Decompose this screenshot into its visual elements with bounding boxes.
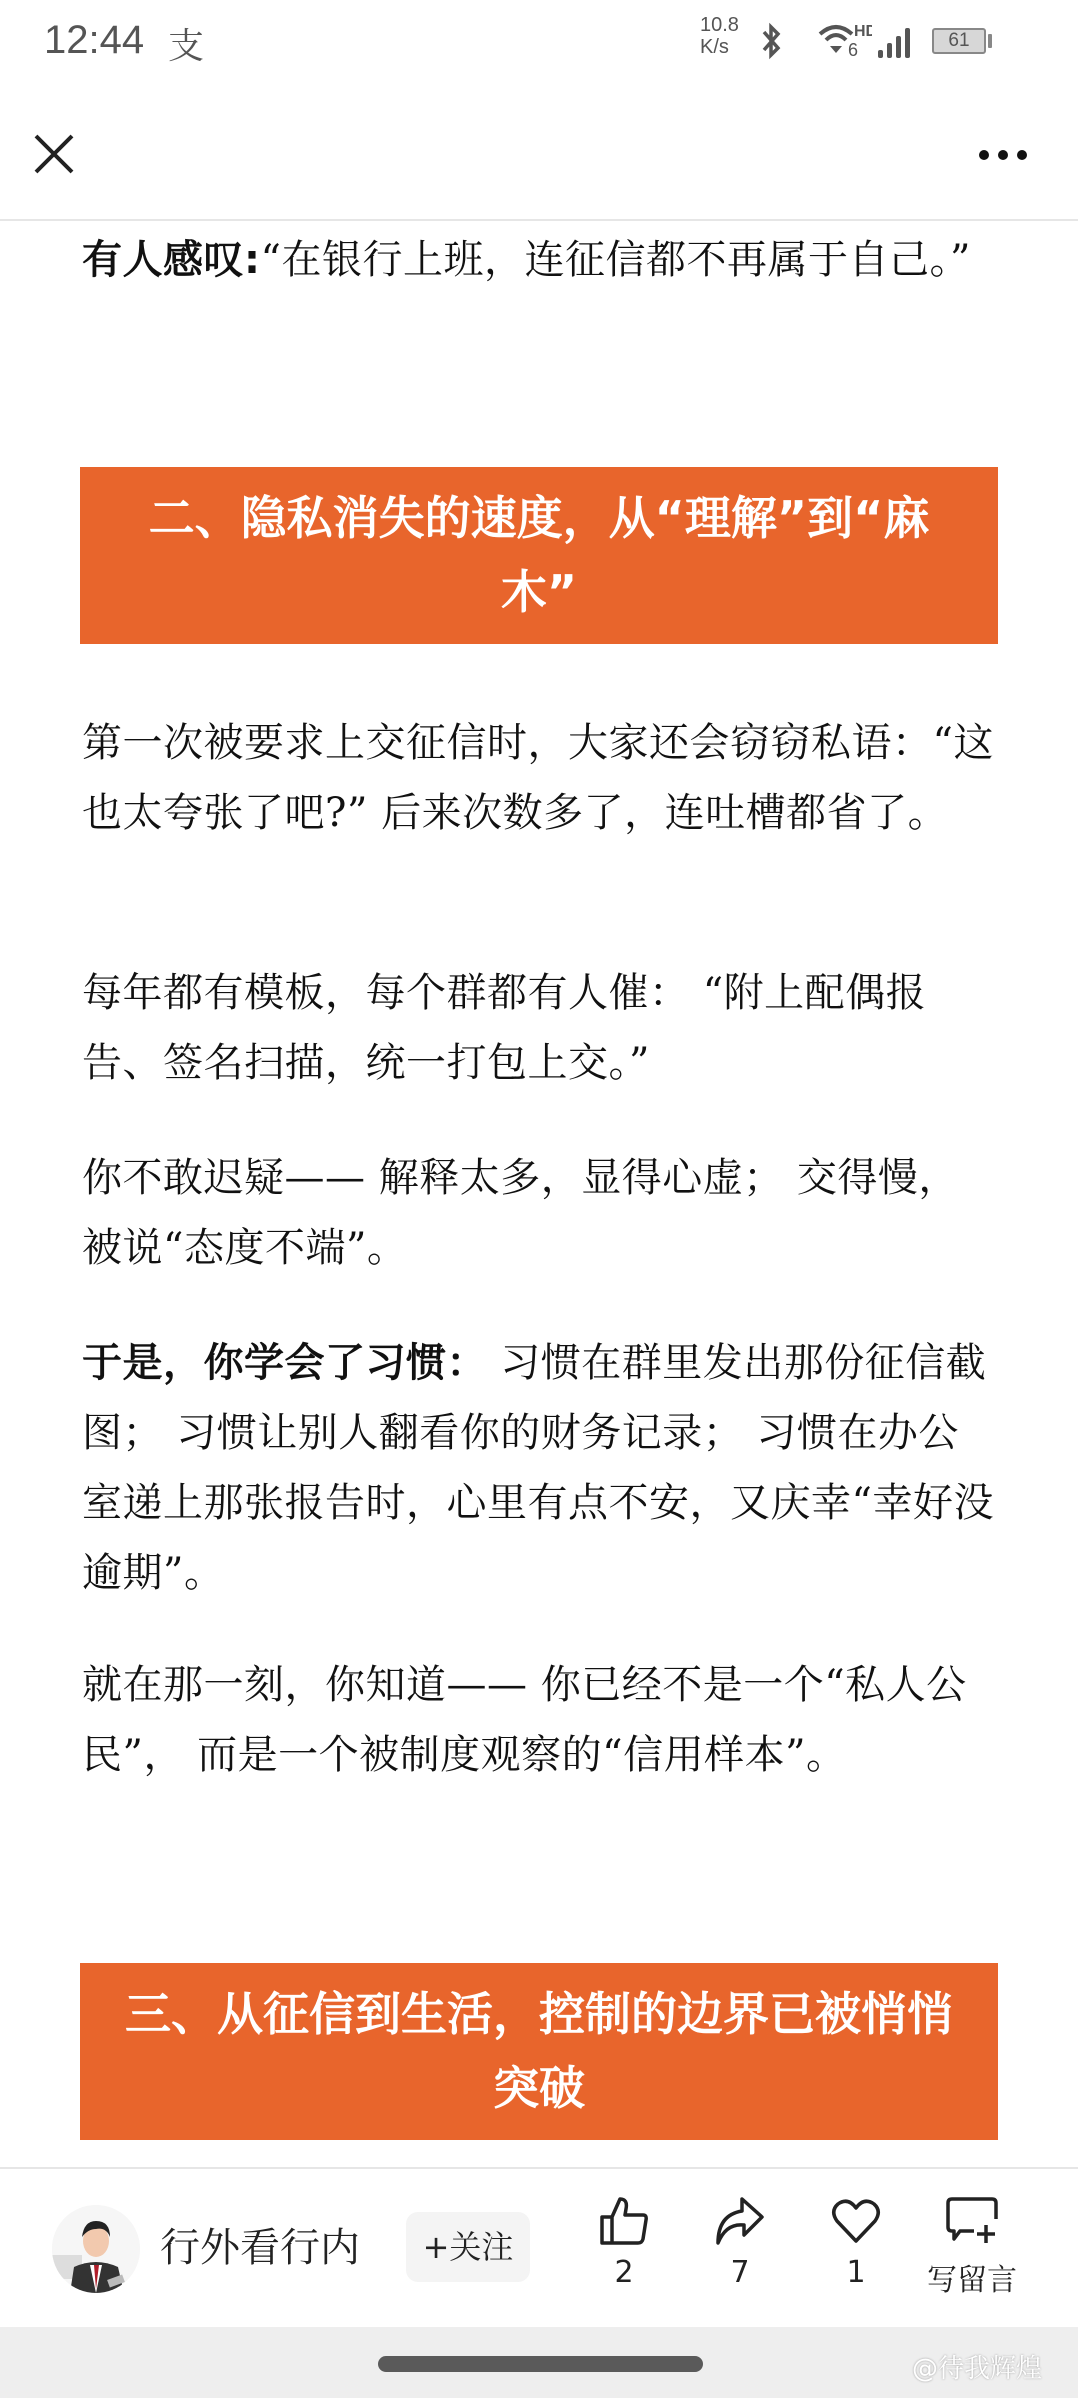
paragraph-lead-bold: 有人感叹: [82, 237, 261, 283]
network-speed-unit: K/s [700, 36, 739, 58]
close-button[interactable] [30, 130, 78, 178]
share-count: 7 [690, 2255, 790, 2290]
paragraph-4: 于是，你学会了习惯： 习惯在群里发出那份征信截图； 习惯让别人翻看你的财务记录；… [82, 1328, 998, 1608]
paragraph-quote: 有人感叹:“在银行上班，连征信都不再属于自己。” [82, 225, 998, 295]
header-divider [0, 219, 1078, 221]
paragraph-1: 第一次被要求上交征信时，大家还会窃窃私语：“这也太夸张了吧?” 后来次数多了，连… [82, 708, 998, 848]
status-time: 12:44 [44, 18, 144, 63]
battery-icon: 61 [932, 28, 986, 54]
heart-icon [830, 2195, 882, 2247]
comment-add-icon [944, 2195, 1000, 2247]
bottom-divider [0, 2167, 1078, 2169]
section-heading-2: 二、隐私消失的速度，从“理解”到“麻木” [80, 467, 998, 644]
like-button[interactable]: 2 [574, 2195, 674, 2290]
home-gesture-handle[interactable] [378, 2356, 703, 2372]
share-button[interactable]: 7 [690, 2195, 790, 2290]
wifi-icon: 6 HD [818, 22, 872, 62]
share-icon [714, 2195, 766, 2247]
network-speed: 10.8 K/s [700, 14, 739, 58]
author-avatar[interactable] [52, 2205, 140, 2293]
like-count: 2 [574, 2255, 674, 2290]
favorite-count: 1 [806, 2255, 906, 2290]
write-comment-label: 写留言 [922, 2255, 1022, 2299]
svg-text:HD: HD [854, 23, 872, 40]
follow-button[interactable]: +关注 [406, 2212, 530, 2282]
more-icon [970, 135, 1030, 175]
thumbs-up-icon [598, 2195, 650, 2247]
bluetooth-icon [760, 22, 784, 64]
network-speed-value: 10.8 [700, 14, 739, 36]
paragraph-text: “在银行上班，连征信都不再属于自己。” [261, 237, 971, 283]
alipay-notification-icon: 支 [168, 18, 204, 69]
close-icon [30, 130, 78, 178]
watermark: @待我辉煌 [912, 2348, 1042, 2385]
svg-text:6: 6 [848, 40, 858, 58]
paragraph-5: 就在那一刻，你知道—— 你已经不是一个“私人公民”， 而是一个被制度观察的“信用… [82, 1650, 998, 1790]
section-heading-3: 三、从征信到生活，控制的边界已被悄悄突破 [80, 1963, 998, 2140]
paragraph-lead-bold: 于是，你学会了习惯： [82, 1340, 487, 1386]
paragraph-3: 你不敢迟疑—— 解释太多，显得心虚； 交得慢，被说“态度不端”。 [82, 1143, 998, 1283]
avatar-image [52, 2205, 140, 2293]
battery-cap [988, 34, 992, 48]
more-options-button[interactable] [970, 135, 1030, 175]
paragraph-2: 每年都有模板，每个群都有人催： “附上配偶报告、签名扫描，统一打包上交。” [82, 958, 998, 1098]
favorite-button[interactable]: 1 [806, 2195, 906, 2290]
cellular-signal-icon [876, 24, 916, 64]
write-comment-button[interactable]: 写留言 [922, 2195, 1022, 2299]
author-name[interactable]: 行外看行内 [160, 2216, 360, 2273]
